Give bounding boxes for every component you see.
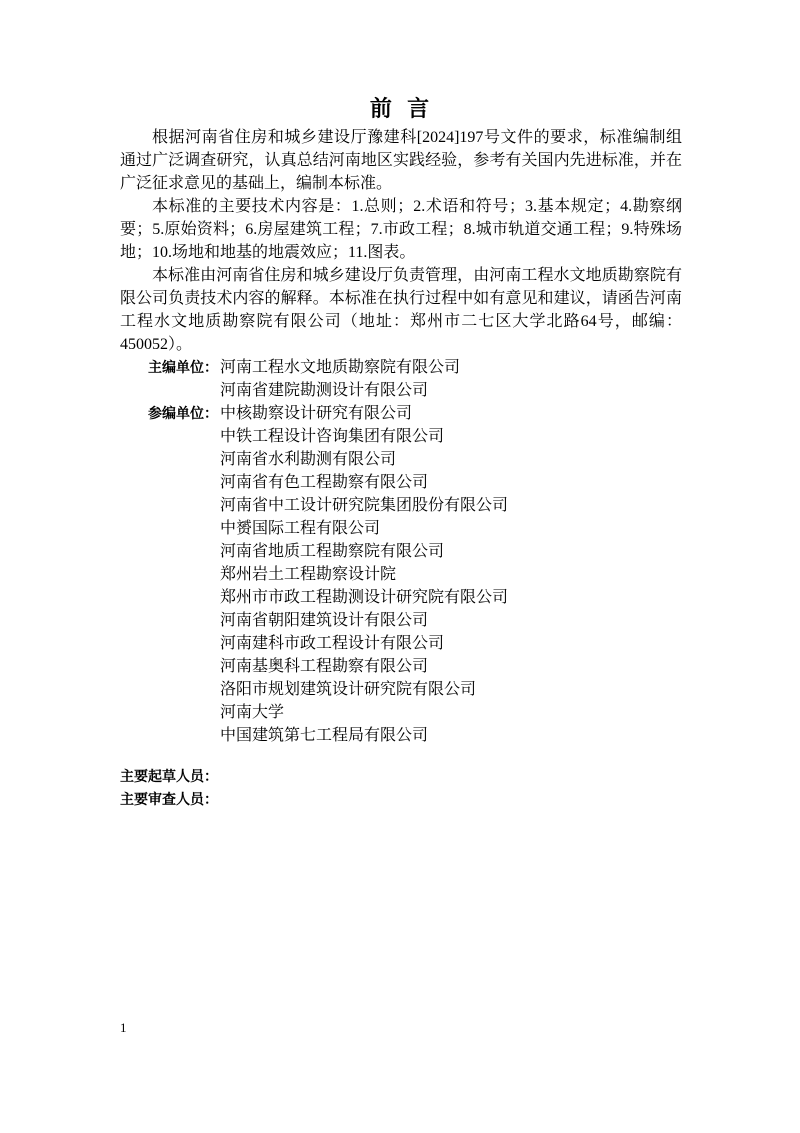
reviewers-label: 主要审查人员：: [120, 788, 682, 811]
company-item: 中国建筑第七工程局有限公司: [220, 724, 682, 747]
company-item: 洛阳市规划建筑设计研究院有限公司: [220, 678, 682, 701]
personnel-section: 主要起草人员： 主要审查人员：: [120, 765, 682, 811]
chief-editor-companies: 河南工程水文地质勘察院有限公司河南省建院勘测设计有限公司: [220, 356, 682, 402]
paragraph-basis: 根据河南省住房和城乡建设厅豫建科[2024]197号文件的要求，标准编制组通过广…: [120, 126, 682, 195]
company-item: 河南省朝阳建筑设计有限公司: [220, 609, 682, 632]
participating-units-label: 参编单位：: [120, 402, 220, 425]
company-item: 河南省地质工程勘察院有限公司: [220, 540, 682, 563]
company-item: 河南省水利勘测有限公司: [220, 448, 682, 471]
company-item: 中赟国际工程有限公司: [220, 517, 682, 540]
paragraph-management: 本标准由河南省住房和城乡建设厅负责管理，由河南工程水文地质勘察院有限公司负责技术…: [120, 264, 682, 356]
company-item: 中铁工程设计咨询集团有限公司: [220, 425, 682, 448]
drafters-label: 主要起草人员：: [120, 765, 682, 788]
company-item: 中核勘察设计研究有限公司: [220, 402, 682, 425]
participating-units-block: 参编单位： 中核勘察设计研究有限公司中铁工程设计咨询集团有限公司河南省水利勘测有…: [120, 402, 682, 747]
paragraph-technical-contents: 本标准的主要技术内容是：1.总则；2.术语和符号；3.基本规定；4.勘察纲要；5…: [120, 195, 682, 264]
company-item: 河南省有色工程勘察有限公司: [220, 471, 682, 494]
company-item: 河南建科市政工程设计有限公司: [220, 632, 682, 655]
company-item: 河南省中工设计研究院集团股份有限公司: [220, 494, 682, 517]
page-number: 1: [120, 1020, 127, 1036]
participating-companies: 中核勘察设计研究有限公司中铁工程设计咨询集团有限公司河南省水利勘测有限公司河南省…: [220, 402, 682, 747]
chief-editor-label: 主编单位：: [120, 356, 220, 379]
chief-editor-block: 主编单位： 河南工程水文地质勘察院有限公司河南省建院勘测设计有限公司: [120, 356, 682, 402]
page-content: 根据河南省住房和城乡建设厅豫建科[2024]197号文件的要求，标准编制组通过广…: [120, 126, 682, 811]
document-page: 前 言 根据河南省住房和城乡建设厅豫建科[2024]197号文件的要求，标准编制…: [0, 0, 800, 1133]
company-item: 河南大学: [220, 701, 682, 724]
company-item: 郑州市市政工程勘测设计研究院有限公司: [220, 586, 682, 609]
page-title: 前 言: [0, 96, 800, 122]
company-item: 河南省建院勘测设计有限公司: [220, 379, 682, 402]
company-item: 郑州岩土工程勘察设计院: [220, 563, 682, 586]
company-item: 河南工程水文地质勘察院有限公司: [220, 356, 682, 379]
company-item: 河南基奥科工程勘察有限公司: [220, 655, 682, 678]
